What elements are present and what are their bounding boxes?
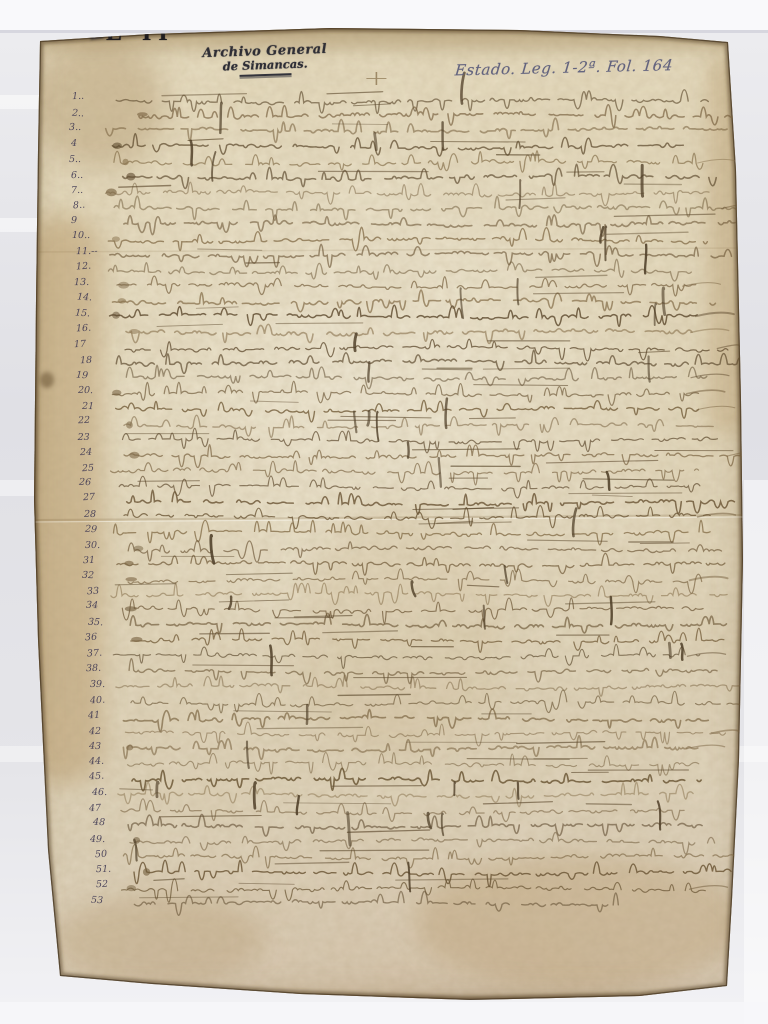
backdrop-band <box>0 1002 768 1024</box>
line-number: 8.. <box>72 200 85 212</box>
line-number: 20. <box>78 385 93 396</box>
photograph-backdrop: E II Archivo General de Simancas. + Esta… <box>0 0 768 1024</box>
manuscript-page: E II Archivo General de Simancas. + Esta… <box>0 0 768 1024</box>
line-number: 32 <box>81 570 94 582</box>
line-number: 1.. <box>72 91 84 102</box>
backdrop-band <box>0 218 42 232</box>
line-number: 33 <box>86 586 99 598</box>
line-number: 2.. <box>72 108 85 120</box>
line-number: 12. <box>75 260 91 272</box>
line-number: 36 <box>84 632 97 644</box>
line-number: 11.-- <box>75 246 97 257</box>
backdrop-band <box>744 480 768 1024</box>
line-number: 34 <box>85 600 97 611</box>
line-number: 21 <box>82 400 94 411</box>
line-number: 15. <box>75 307 91 319</box>
line-number: 9 <box>71 215 77 226</box>
line-number: 35. <box>88 617 104 629</box>
line-number: 10.. <box>72 230 90 241</box>
line-number: 6.. <box>70 169 82 180</box>
line-number: 25 <box>82 463 95 475</box>
line-number: 50 <box>94 848 107 860</box>
line-number: 37. <box>87 648 103 660</box>
line-number: 22 <box>78 415 90 426</box>
line-number: 43 <box>89 741 101 752</box>
line-number: 5.. <box>69 154 81 165</box>
line-number: 47 <box>88 802 101 814</box>
line-number: 23 <box>78 432 90 443</box>
line-number: 51. <box>96 864 111 875</box>
line-number: 39. <box>90 679 105 690</box>
line-number: 17 <box>74 339 87 351</box>
pressmark-stamp: E II <box>106 20 175 47</box>
line-number: 26 <box>79 477 92 488</box>
backdrop-band <box>0 95 42 109</box>
line-number: 28 <box>84 509 96 520</box>
line-number: 49. <box>90 834 105 845</box>
handwriting-lines <box>0 0 768 1024</box>
line-number: 53 <box>91 895 104 906</box>
line-number: 31 <box>83 554 96 565</box>
collation-cross-mark: + <box>363 66 390 90</box>
line-number: 38. <box>86 662 102 674</box>
line-number: 16. <box>76 323 92 335</box>
backdrop-band <box>0 0 768 30</box>
line-number: 7.. <box>71 185 83 196</box>
line-number: 45. <box>88 770 104 782</box>
archive-stamp: Archivo General de Simancas. <box>199 42 330 79</box>
line-number: 30. <box>84 540 99 551</box>
line-number: 13. <box>74 277 89 288</box>
line-number: 42 <box>89 726 101 737</box>
line-number: 18 <box>80 355 92 366</box>
line-number: 14. <box>77 291 93 303</box>
line-number: 27 <box>83 492 96 504</box>
line-number: 24 <box>80 447 92 458</box>
line-number: 40. <box>90 694 106 706</box>
line-number: 41 <box>87 710 100 722</box>
line-number: 52 <box>95 879 108 890</box>
line-number: 46. <box>92 787 107 798</box>
line-number: 19 <box>76 370 89 382</box>
line-number: 29 <box>85 523 98 535</box>
line-number: 44. <box>89 756 105 768</box>
line-number: 3.. <box>69 122 81 133</box>
line-number: 48 <box>93 817 106 828</box>
line-number: 4 <box>71 138 77 149</box>
